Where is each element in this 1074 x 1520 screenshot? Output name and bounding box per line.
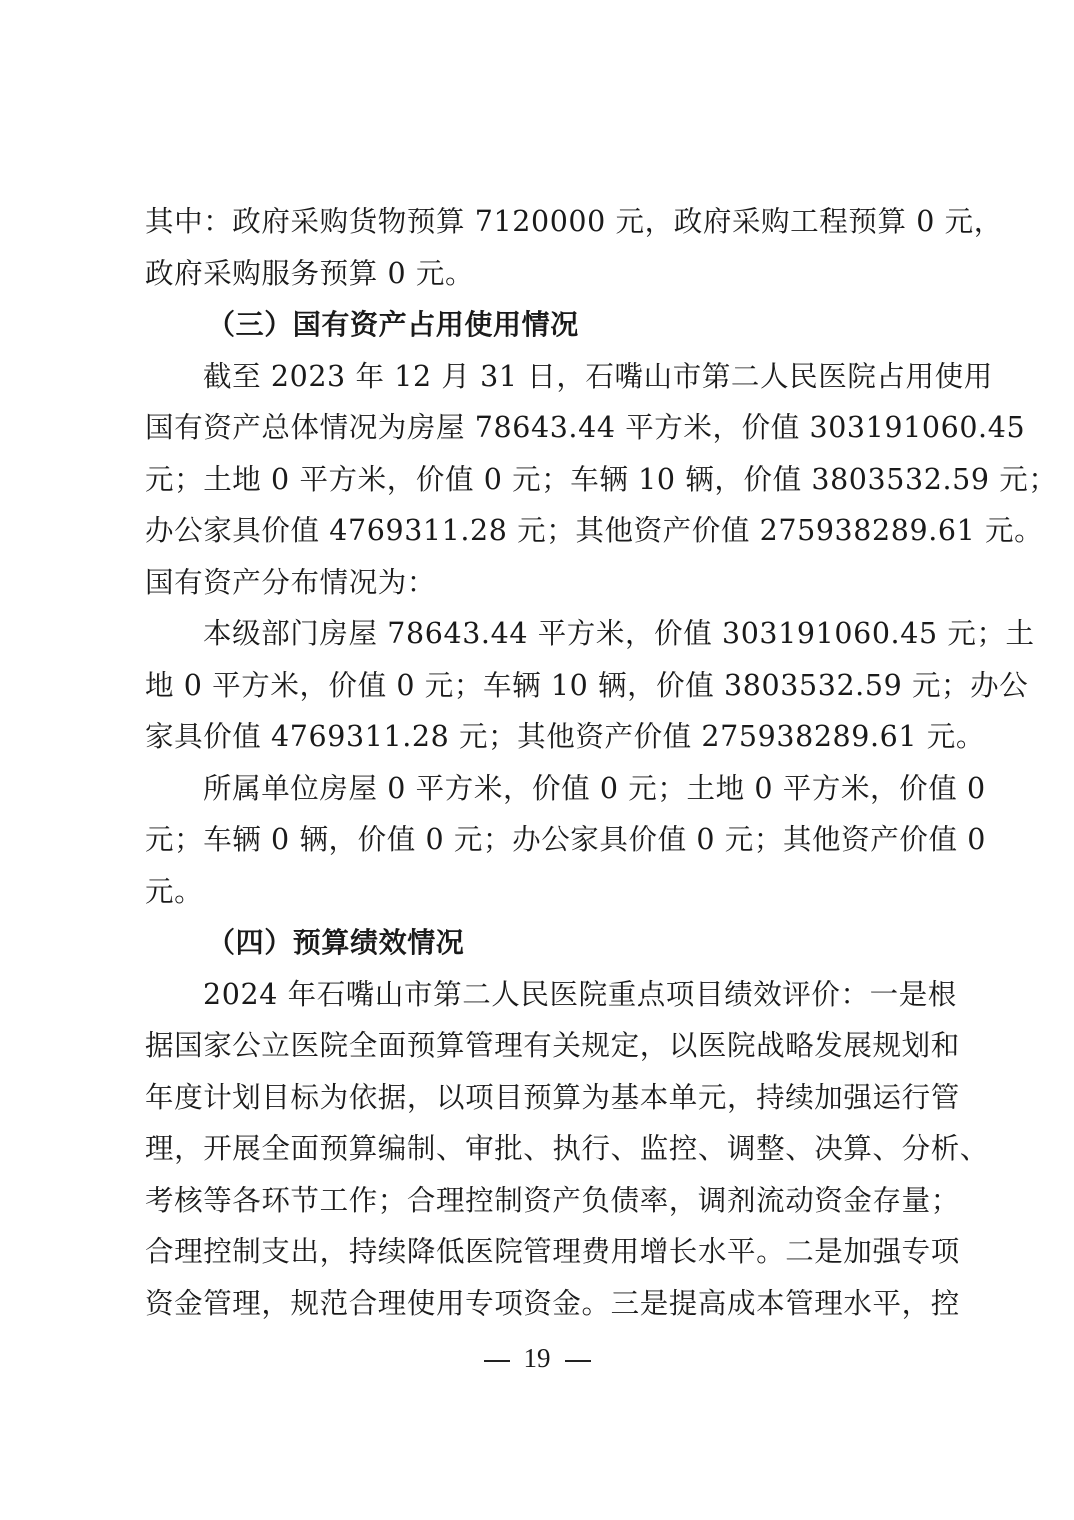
section-heading-performance: （四）预算绩效情况 (145, 917, 941, 969)
paragraph-line: 理，开展全面预算编制、审批、执行、监控、调整、决算、分析、 (145, 1123, 941, 1175)
page-footer: 19 (0, 1343, 1074, 1374)
footer-dash-left (484, 1360, 510, 1362)
paragraph-line: 据国家公立医院全面预算管理有关规定，以医院战略发展规划和 (145, 1020, 941, 1072)
paragraph-line: 资金管理，规范合理使用专项资金。三是提高成本管理水平，控 (145, 1278, 941, 1330)
document-body: 其中：政府采购货物预算 7120000 元，政府采购工程预算 0 元， 政府采购… (145, 196, 941, 1329)
paragraph-line: 元。 (145, 866, 941, 918)
paragraph-line: 本级部门房屋 78643.44 平方米，价值 303191060.45 元；土 (145, 608, 941, 660)
paragraph-line: 合理控制支出，持续降低医院管理费用增长水平。二是加强专项 (145, 1226, 941, 1278)
paragraph-line: 国有资产分布情况为： (145, 557, 941, 609)
paragraph-line: 所属单位房屋 0 平方米，价值 0 元；土地 0 平方米，价值 0 (145, 763, 941, 815)
paragraph-line: 国有资产总体情况为房屋 78643.44 平方米，价值 303191060.45 (145, 402, 941, 454)
paragraph-line: 元；土地 0 平方米，价值 0 元；车辆 10 辆，价值 3803532.59 … (145, 454, 941, 506)
paragraph-line: 元；车辆 0 辆，价值 0 元；办公家具价值 0 元；其他资产价值 0 (145, 814, 941, 866)
paragraph-line: 办公家具价值 4769311.28 元；其他资产价值 275938289.61 … (145, 505, 941, 557)
footer-dash-right (565, 1360, 591, 1362)
paragraph-line: 考核等各环节工作；合理控制资产负债率，调剂流动资金存量； (145, 1175, 941, 1227)
paragraph-line: 家具价值 4769311.28 元；其他资产价值 275938289.61 元。 (145, 711, 941, 763)
paragraph-line: 地 0 平方米，价值 0 元；车辆 10 辆，价值 3803532.59 元；办… (145, 660, 941, 712)
paragraph-line: 2024 年石嘴山市第二人民医院重点项目绩效评价：一是根 (145, 969, 941, 1021)
paragraph-line: 截至 2023 年 12 月 31 日，石嘴山市第二人民医院占用使用 (145, 351, 941, 403)
page-number: 19 (524, 1343, 551, 1373)
paragraph-line: 年度计划目标为依据，以项目预算为基本单元，持续加强运行管 (145, 1072, 941, 1124)
section-heading-assets: （三）国有资产占用使用情况 (145, 299, 941, 351)
paragraph-line: 政府采购服务预算 0 元。 (145, 248, 941, 300)
paragraph-line: 其中：政府采购货物预算 7120000 元，政府采购工程预算 0 元， (145, 196, 941, 248)
